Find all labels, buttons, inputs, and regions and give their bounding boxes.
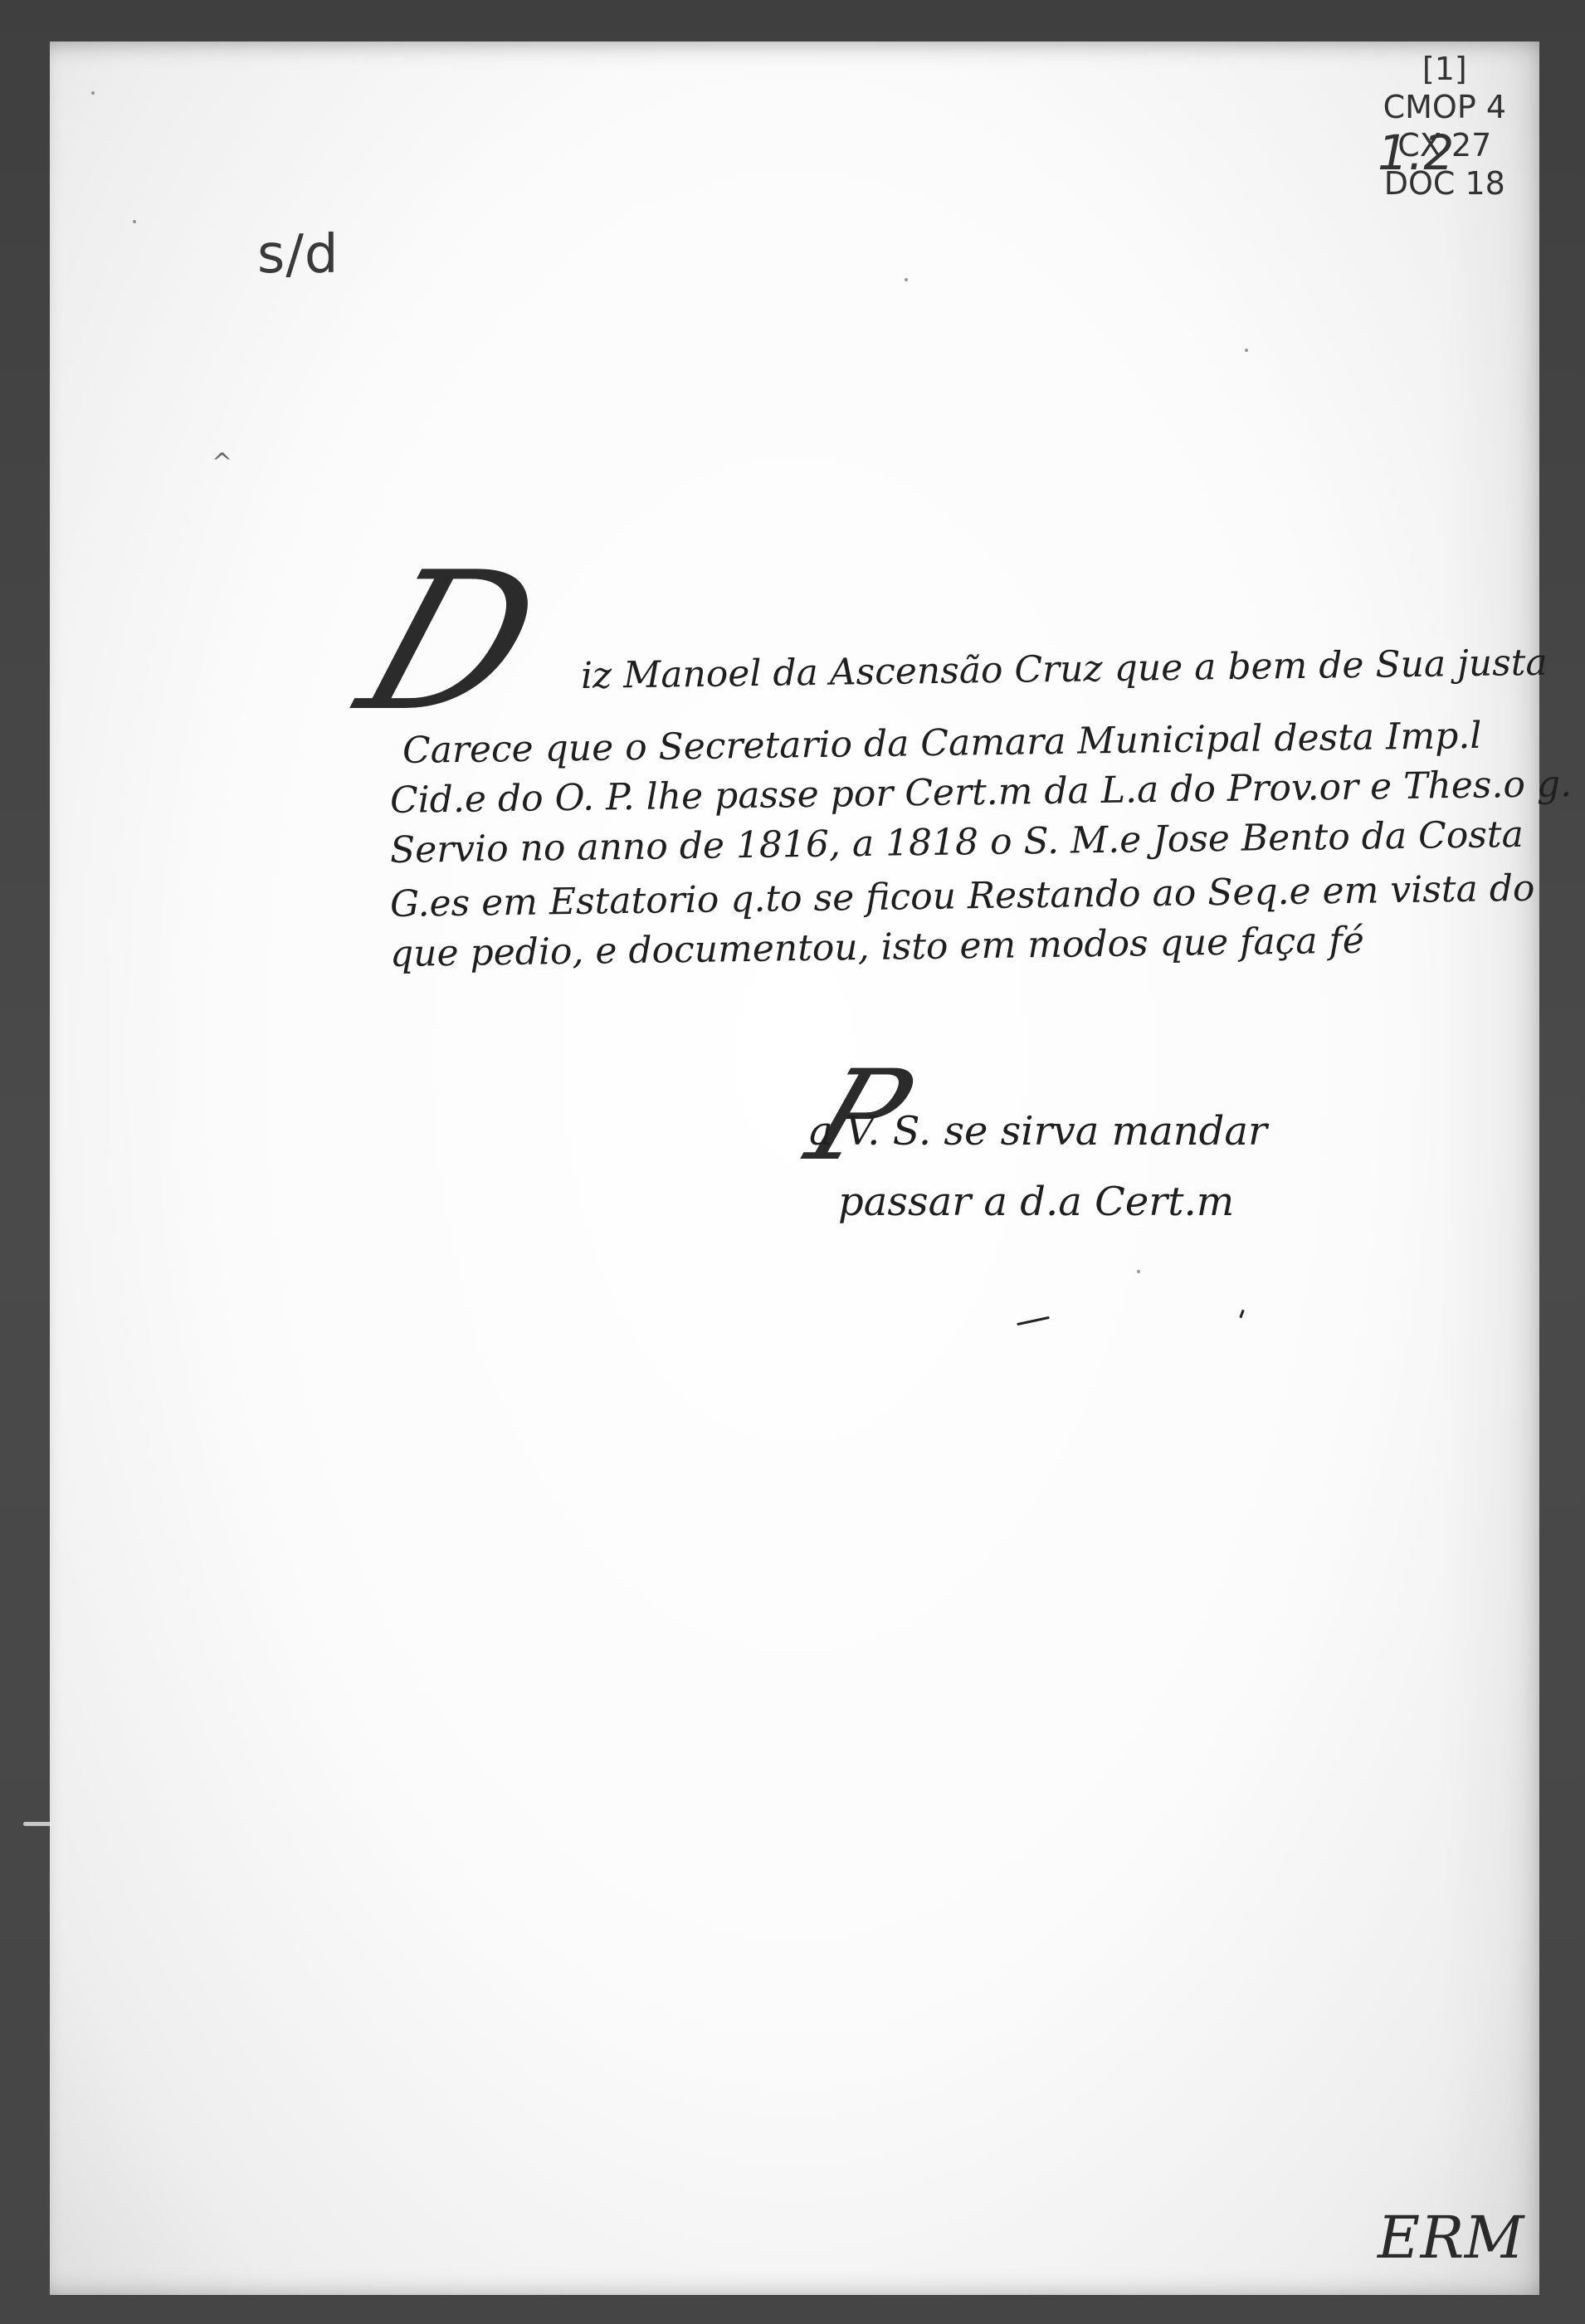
document-page (50, 41, 1539, 2295)
paper-speck (133, 220, 136, 223)
scan-edge-notch (23, 1822, 56, 1826)
folio-number: 1.2 (1378, 124, 1454, 181)
archive-ref-collection: CMOP 4 (1383, 88, 1506, 126)
archive-ref-bracket: [1] (1383, 50, 1506, 88)
paper-speck (91, 91, 95, 95)
closing-line-2: passar a d.a Cert.m (838, 1179, 1234, 1225)
paper-speck (1137, 1270, 1140, 1273)
paper-speck (905, 278, 908, 281)
caret-mark: ^ (212, 448, 233, 477)
date-note: s/d (257, 224, 339, 286)
archivist-initials: ERM (1378, 2204, 1524, 2272)
closing-line-1: a V. S. se sirva mandar (809, 1108, 1267, 1155)
paper-speck (1245, 349, 1248, 352)
